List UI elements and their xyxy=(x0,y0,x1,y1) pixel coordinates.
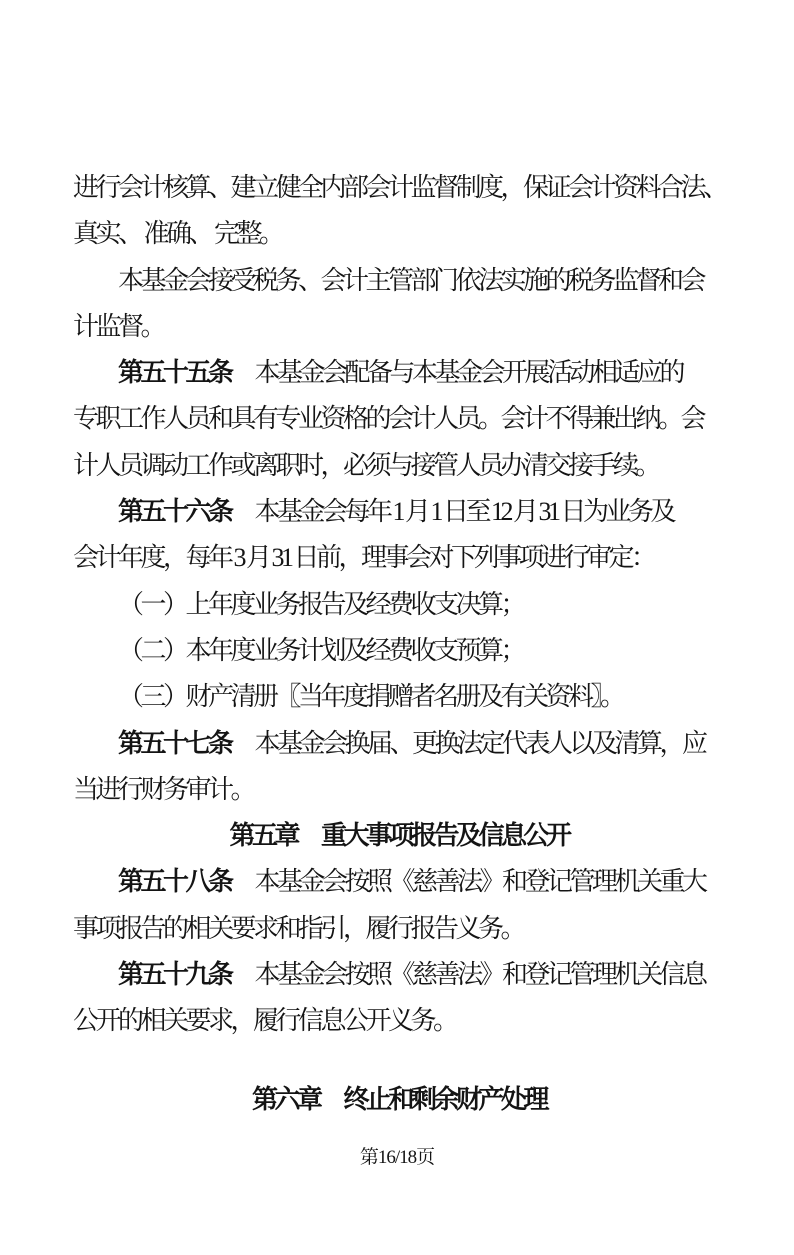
text-line: 第五十九条本基金会按照《慈善法》和登记管理机关信息 xyxy=(73,952,725,998)
article-number: 第五十八条 xyxy=(118,867,231,896)
chapter-title: 重大事项报告及信息公开 xyxy=(321,821,569,850)
article-number: 第五十六条 xyxy=(118,497,231,526)
line-text: 进行会计核算、建立健全内部会计监督制度，保证会计资料合法、 xyxy=(73,173,726,202)
line-text: 本基金会配备与本基金会开展活动相适应的 xyxy=(255,358,683,387)
text-line: 专职工作人员和具有专业资格的会计人员。会计不得兼出纳。会 xyxy=(73,396,725,442)
article-number: 第五十五条 xyxy=(118,358,231,387)
document-body: 进行会计核算、建立健全内部会计监督制度，保证会计资料合法、真实、 准确、 完整。… xyxy=(73,165,725,1123)
line-text: 本基金会按照《慈善法》和登记管理机关信息 xyxy=(255,960,705,989)
article-number: 第五十七条 xyxy=(118,729,231,758)
line-text: （一）上年度业务报告及经费收支决算； xyxy=(118,590,523,619)
line-text: 公开的相关要求，履行信息公开义务。 xyxy=(73,1006,456,1035)
text-line: 会计年度，每年 3 月 31 日前，理事会对下列事项进行审定： xyxy=(73,535,725,581)
chapter-heading: 第六章终止和剩余财产处理 xyxy=(73,1077,725,1123)
text-line: （一）上年度业务报告及经费收支决算； xyxy=(73,582,725,628)
line-text: 本基金会接受税务、会计主管部门依法实施的税务监督和会 xyxy=(118,266,703,295)
line-text: 会计年度，每年 3 月 31 日前，理事会对下列事项进行审定： xyxy=(73,543,654,572)
line-text: 当进行财务审计。 xyxy=(73,775,253,804)
line-text: （三）财产清册〖当年度捐赠者名册及有关资料〗。 xyxy=(118,682,623,711)
document-page: 进行会计核算、建立健全内部会计监督制度，保证会计资料合法、真实、 准确、 完整。… xyxy=(0,0,794,1255)
chapter-number: 第五章 xyxy=(229,821,297,850)
page-footer: 第16/18页 xyxy=(0,1146,794,1170)
line-text: 本基金会每年 1 月 1 日至 12 月 31 日为业务及 xyxy=(255,497,674,526)
chapter-title: 终止和剩余财产处理 xyxy=(344,1085,547,1114)
vertical-spacer xyxy=(73,1045,725,1077)
text-line: （三）财产清册〖当年度捐赠者名册及有关资料〗。 xyxy=(73,674,725,720)
article-number: 第五十九条 xyxy=(118,960,231,989)
chapter-number: 第六章 xyxy=(252,1085,320,1114)
text-line: 本基金会接受税务、会计主管部门依法实施的税务监督和会 xyxy=(73,258,725,304)
line-text: 计监督。 xyxy=(73,312,163,341)
text-line: （二）本年度业务计划及经费收支预算； xyxy=(73,628,725,674)
line-text: 真实、 准确、 完整。 xyxy=(73,219,282,248)
text-line: 第五十八条本基金会按照《慈善法》和登记管理机关重大 xyxy=(73,859,725,905)
text-line: 计监督。 xyxy=(73,304,725,350)
text-line: 当进行财务审计。 xyxy=(73,767,725,813)
line-text: 专职工作人员和具有专业资格的会计人员。会计不得兼出纳。会 xyxy=(73,404,703,433)
text-line: 事项报告的相关要求和指引，履行报告义务。 xyxy=(73,906,725,952)
line-text: （二）本年度业务计划及经费收支预算； xyxy=(118,636,523,665)
text-line: 进行会计核算、建立健全内部会计监督制度，保证会计资料合法、 xyxy=(73,165,725,211)
text-line: 第五十五条本基金会配备与本基金会开展活动相适应的 xyxy=(73,350,725,396)
text-line: 第五十七条本基金会换届、更换法定代表人以及清算，应 xyxy=(73,721,725,767)
chapter-heading: 第五章重大事项报告及信息公开 xyxy=(73,813,725,859)
line-text: 事项报告的相关要求和指引，履行报告义务。 xyxy=(73,914,523,943)
text-line: 计人员调动工作或离职时，必须与接管人员办清交接手续。 xyxy=(73,443,725,489)
line-text: 本基金会换届、更换法定代表人以及清算，应 xyxy=(255,729,705,758)
text-line: 第五十六条本基金会每年 1 月 1 日至 12 月 31 日为业务及 xyxy=(73,489,725,535)
text-line: 真实、 准确、 完整。 xyxy=(73,211,725,257)
line-text: 计人员调动工作或离职时，必须与接管人员办清交接手续。 xyxy=(73,451,658,480)
text-line: 公开的相关要求，履行信息公开义务。 xyxy=(73,998,725,1044)
line-text: 本基金会按照《慈善法》和登记管理机关重大 xyxy=(255,867,705,896)
